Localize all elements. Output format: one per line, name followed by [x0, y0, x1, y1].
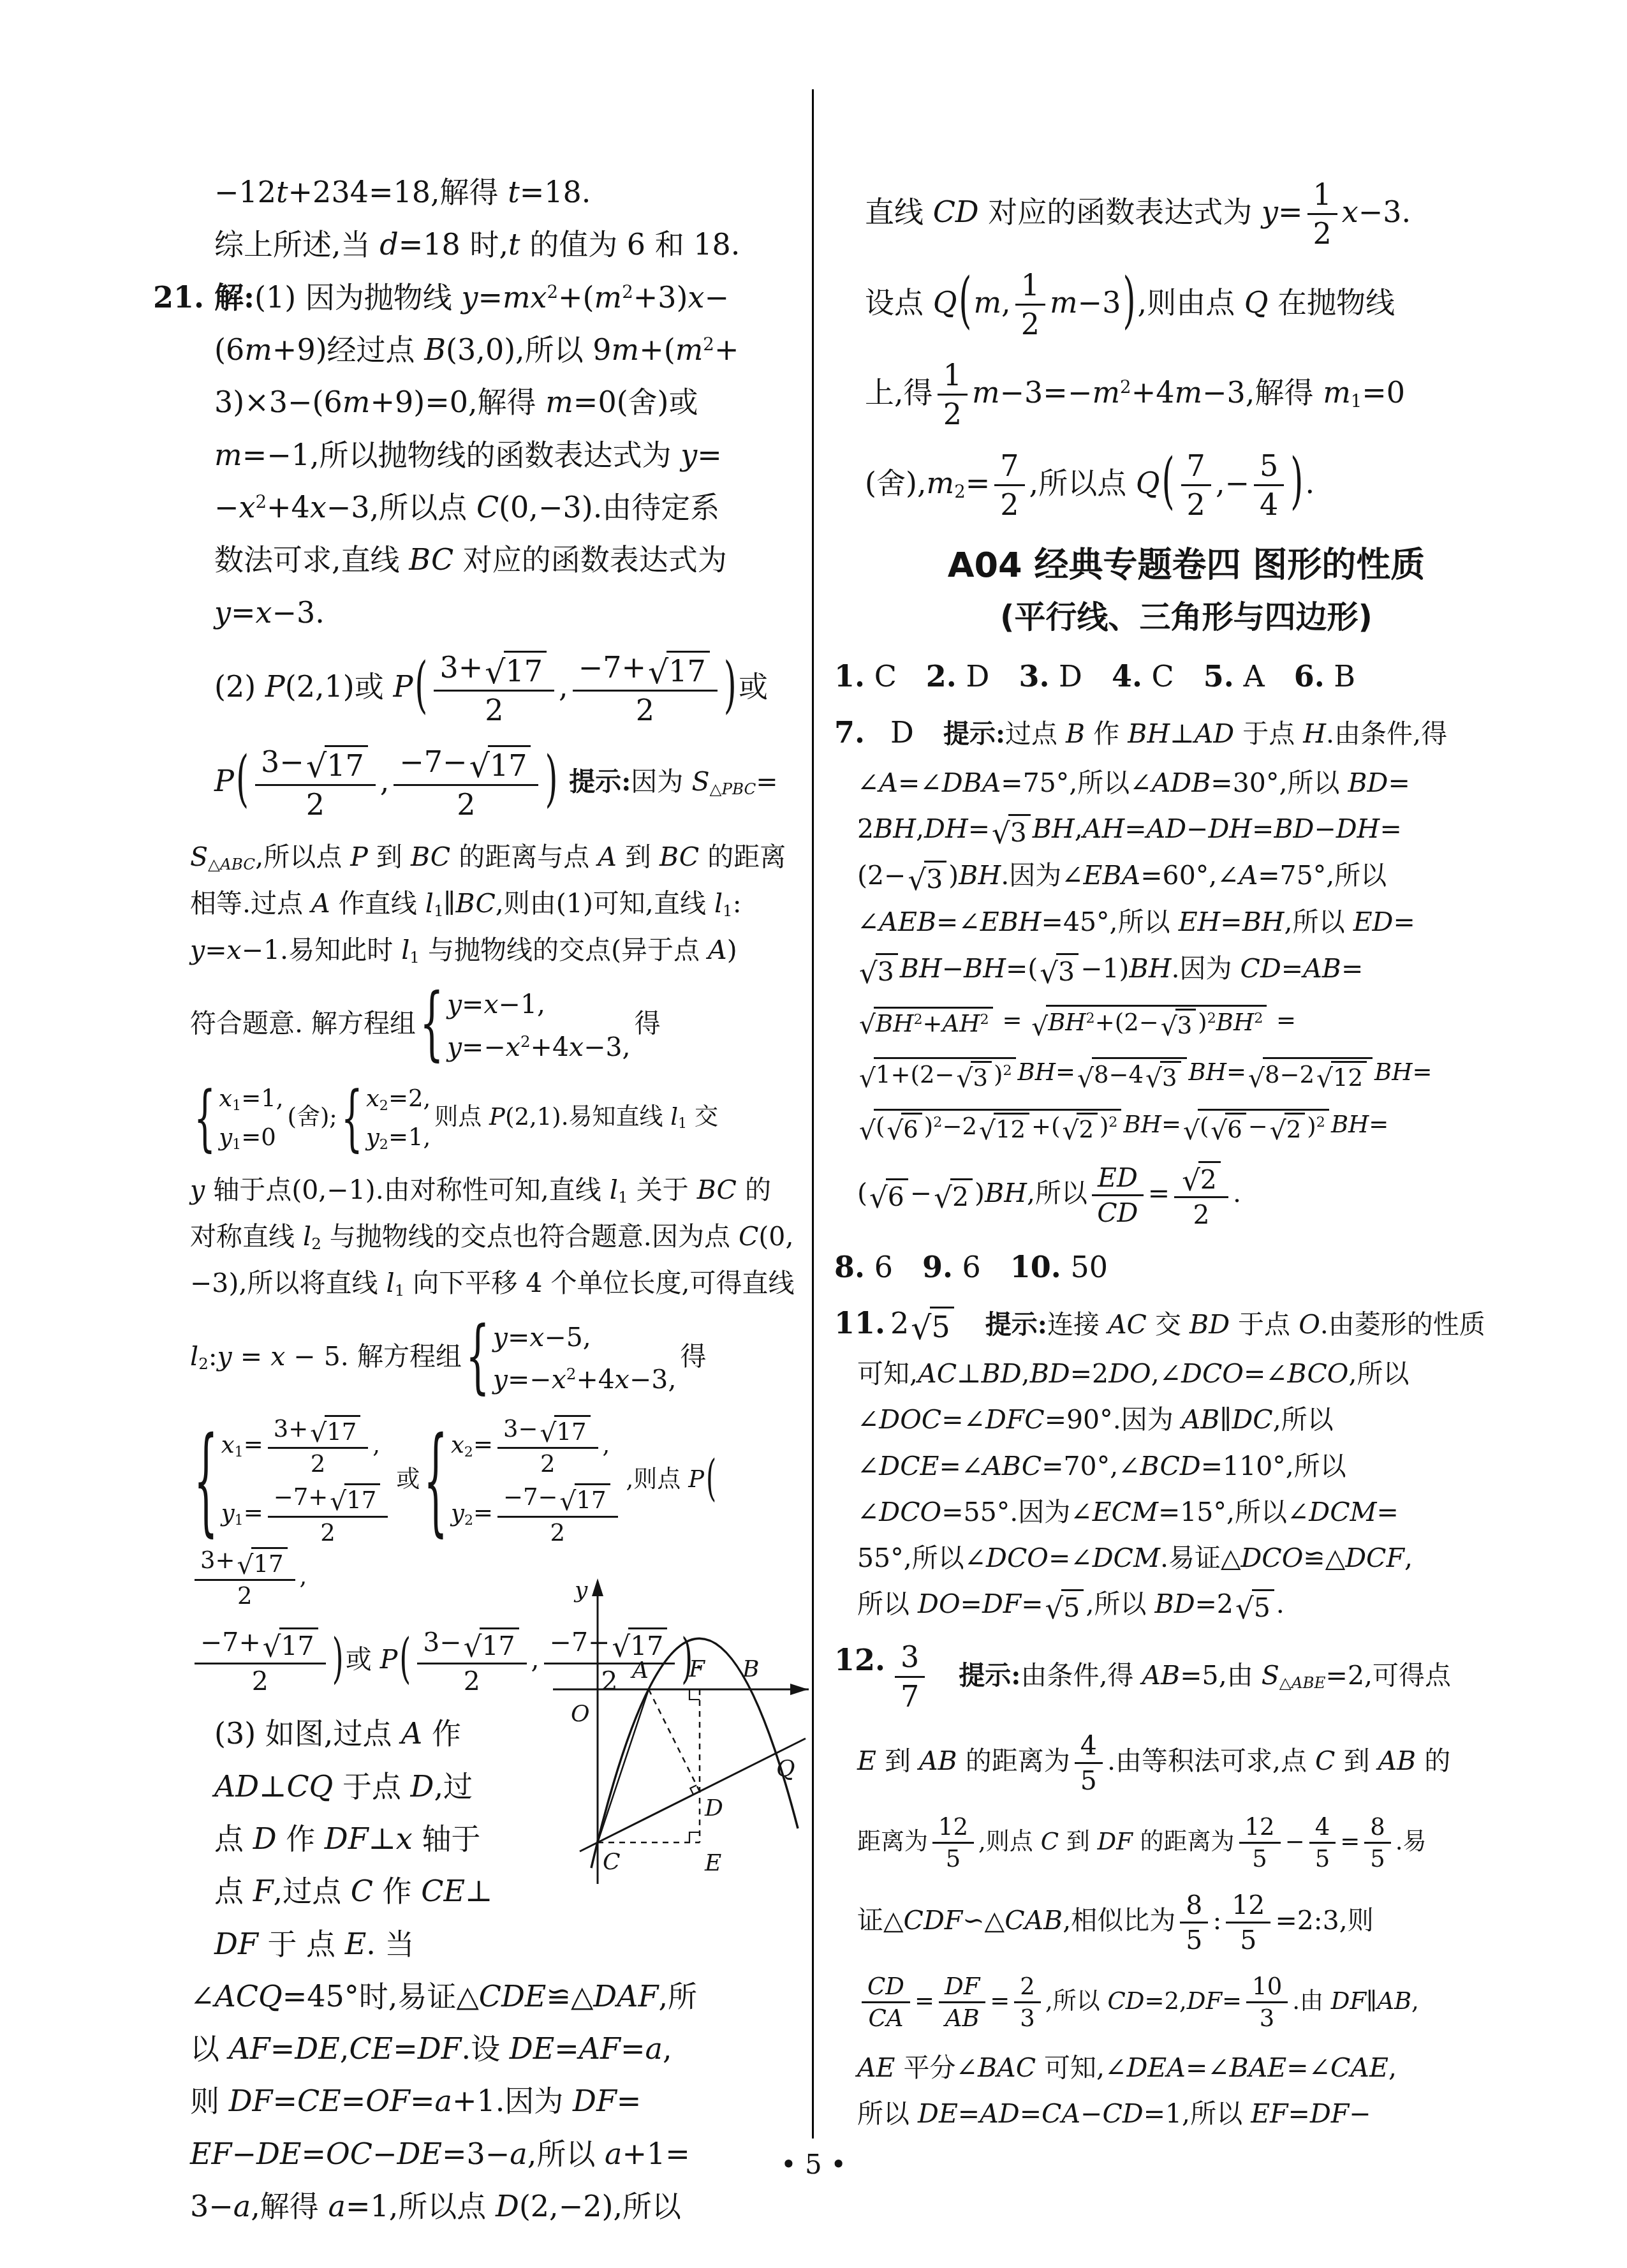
section-heading: A04 经典专题卷四 图形的性质: [834, 541, 1538, 590]
text-line: S△ABC,所以点 P 到 BC 的距离与点 A 到 BC 的距离: [153, 838, 799, 876]
text-line: 所以 DE=AD=CA−CD=1,所以 EF=DF−: [834, 2095, 1538, 2132]
label-a: A: [630, 1657, 649, 1684]
right-angle-at-f: [689, 1689, 700, 1700]
item-number: 21.: [153, 277, 204, 318]
text-line: 以 AF=DE,CE=DF.设 DE=AF=a,: [153, 2028, 799, 2070]
column-divider-rule: [812, 89, 814, 2138]
text-line: ∠DCO=55°.因为∠ECM=15°,所以∠DCM=: [834, 1493, 1538, 1531]
x-axis-arrow-icon: [790, 1684, 808, 1695]
text-line: (2) P(2,1)或 P(3+√172,−7+√172)或: [153, 650, 799, 728]
page-number: • 5 •: [0, 2149, 1627, 2180]
text-line: √(√6)2−2√12+(√2)2BH=√(√6−√2)2BH=: [834, 1108, 1538, 1144]
text-line: (6m+9)经过点 B(3,0),所以 9m+(m2+: [153, 329, 799, 371]
text-line: y 轴于点(0,−1).由对称性可知,直线 l1 关于 BC 的: [153, 1171, 799, 1209]
text-line: 3)×3−(6m+9)=0,解得 m=0(舍)或: [153, 382, 799, 423]
text-line: −12t+234=18,解得 t=18.: [153, 172, 799, 213]
text-line: y=x−1.易知此时 l1 与抛物线的交点(异于点 A): [153, 931, 799, 969]
item-number: 11.: [834, 1303, 885, 1344]
text-line: 11.2√5 提示:连接 AC 交 BD 于点 O.由菱形的性质: [834, 1303, 1538, 1344]
text-line: 21.解:(1) 因为抛物线 y=mx2+(m2+3)x−: [153, 277, 799, 318]
text-line: (2−√3)BH.因为∠EBA=60°,∠A=75°,所以: [834, 857, 1538, 894]
label-origin: O: [571, 1701, 590, 1727]
text-line: 3−a,解得 a=1,所以点 D(2,−2),所以: [153, 2186, 799, 2227]
text-line: 55°,所以∠DCO=∠DCM.易证△DCO≌△DCF,: [834, 1539, 1538, 1576]
text-line: (3) 如图,过点 A 作: [153, 1713, 562, 1754]
text-line: √1+(2−√3)2BH=√8−4√3BH=√8−2√12BH=: [834, 1056, 1538, 1092]
text-line: −3),所以将直线 l1 向下平移 4 个单位长度,可得直线: [153, 1264, 799, 1302]
text-line: 对称直线 l2 与抛物线的交点也符合题意.因为点 C(0,: [153, 1218, 799, 1256]
segment-ca: [598, 1689, 649, 1842]
text-line: DF 于 点 E. 当: [153, 1923, 562, 1965]
item-number: 12.: [834, 1640, 885, 1681]
text-line: 设点 Q(m,12m−3),则由点 Q 在抛物线: [834, 268, 1538, 342]
text-line: 所以 DO=DF=√5,所以 BD=2√5.: [834, 1585, 1538, 1623]
parabola-diagram: y x O A F B Q D C E: [552, 1568, 809, 1895]
text-line: (舍),m2=72,所以点 Q(72,−54).: [834, 448, 1538, 523]
label-y: y: [573, 1577, 588, 1603]
label-b: B: [742, 1656, 759, 1682]
text-line: 2BH,DH=√3BH,AH=AD−DH=BD−DH=: [834, 810, 1538, 848]
text-line: ∠DOC=∠DFC=90°.因为 AB∥DC,所以: [834, 1401, 1538, 1438]
left-column: −12t+234=18,解得 t=18.综上所述,当 d=18 时,t 的值为 …: [153, 161, 799, 2238]
text-line: √BH2+AH2 = √BH2+(2−√3)2BH2 =: [834, 1004, 1538, 1040]
text-line: ∠AEB=∠EBH=45°,所以 EH=BH,所以 ED=: [834, 903, 1538, 940]
right-angle-at-e: [689, 1832, 700, 1842]
text-line: AD⊥CQ 于点 D,过: [153, 1766, 562, 1807]
text-line: ∠ACQ=45°时,易证△CDE≌△DAF,所: [153, 1976, 799, 2017]
section-heading: (平行线、三角形与四边形): [834, 595, 1538, 640]
text-line: √3BH−BH=(√3−1)BH.因为 CD=AB=: [834, 950, 1538, 988]
text-line: 8. 6 9. 6 10. 50: [834, 1247, 1538, 1288]
y-axis-arrow-icon: [592, 1578, 603, 1596]
text-line: 12.37 提示:由条件,得 AB=5,由 S△ABE=2,可得点: [834, 1640, 1538, 1714]
text-line: 直线 CD 对应的函数表达式为 y=12x−3.: [834, 177, 1538, 251]
text-line: CDCA=DFAB=23,所以 CD=2,DF=103.由 DF∥AB,: [834, 1973, 1538, 2033]
text-line: AE 平分∠BAC 可知,∠DEA=∠BAE=∠CAE,: [834, 2049, 1538, 2086]
text-line: 数法可求,直线 BC 对应的函数表达式为: [153, 539, 799, 581]
text-line: −x2+4x−3,所以点 C(0,−3).由待定系: [153, 487, 799, 528]
text-line: 可知,AC⊥BD,BD=2DO,∠DCO=∠BCO,所以: [834, 1355, 1538, 1392]
text-line: m=−1,所以抛物线的函数表达式为 y=: [153, 434, 799, 476]
dashed-ad: [649, 1689, 700, 1791]
text-line: 符合题意. 解方程组{y=x−1,y=−x2+4x−3,得: [153, 986, 799, 1065]
text-line: P(3−√172,−7−√172) 提示:因为 S△PBC=: [153, 745, 799, 822]
text-line: ∠A=∠DBA=75°,所以∠ADB=30°,所以 BD=: [834, 764, 1538, 801]
text-line: 点 F,过点 C 作 CE⊥: [153, 1871, 562, 1912]
text-line: 相等.过点 A 作直线 l1∥BC,则由(1)可知,直线 l1:: [153, 885, 799, 923]
label-e: E: [704, 1850, 721, 1876]
text-line: 则 DF=CE=OF=a+1.因为 DF=: [153, 2080, 799, 2122]
item-number: 7.: [834, 712, 865, 753]
text-line: l2:y = x − 5. 解方程组{y=x−5,y=−x2+4x−3,得: [153, 1319, 799, 1398]
label-d: D: [704, 1795, 723, 1821]
text-line: 距离为125,则点 C 到 DF 的距离为125−45=85.易: [834, 1813, 1538, 1873]
text-line: ∠DCE=∠ABC=70°,∠BCD=110°,所以: [834, 1448, 1538, 1485]
text-line: 7.D 提示:过点 B 作 BH⊥AD 于点 H.由条件,得: [834, 712, 1538, 753]
text-line: 综上所述,当 d=18 时,t 的值为 6 和 18.: [153, 224, 799, 265]
text-line: (√6−√2)BH,所以EDCD=√22.: [834, 1160, 1538, 1230]
answer-page: −12t+234=18,解得 t=18.综上所述,当 d=18 时,t 的值为 …: [0, 0, 1627, 2268]
label-c: C: [603, 1849, 621, 1875]
text-line: 上,得12m−3=−m2+4m−3,解得 m1=0: [834, 358, 1538, 432]
label-f: F: [688, 1656, 706, 1682]
text-line: 证△CDF∽△CAB,相似比为85:125=2:3,则: [834, 1890, 1538, 1956]
text-line: y=x−3.: [153, 592, 799, 634]
right-column: 直线 CD 对应的函数表达式为 y=12x−3.设点 Q(m,12m−3),则由…: [834, 161, 1538, 2141]
text-line: 1. C 2. D 3. D 4. C 5. A 6. B: [834, 656, 1538, 697]
text-line: {x1=1,y1=0(舍);{x2=2,y2=1,则点 P(2,1).易知直线 …: [153, 1082, 799, 1155]
text-line: 点 D 作 DF⊥x 轴于: [153, 1818, 562, 1860]
label-q: Q: [776, 1756, 795, 1782]
text-line: E 到 AB 的距离为45.由等积法可求,点 C 到 AB 的: [834, 1730, 1538, 1797]
